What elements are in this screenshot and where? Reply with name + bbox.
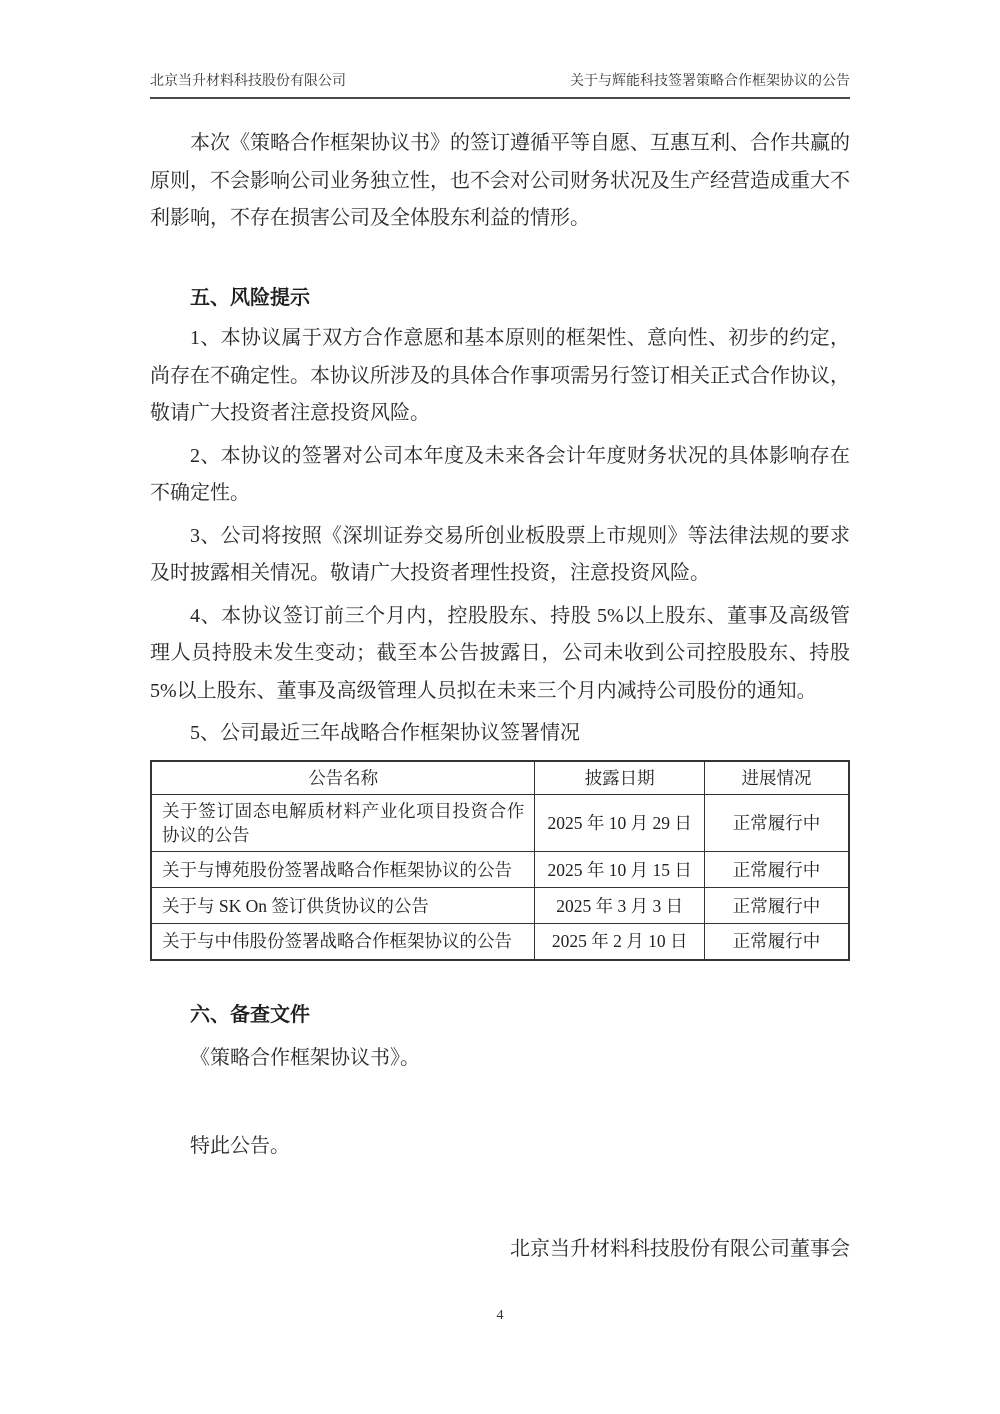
table-row: 关于与 SK On 签订供货协议的公告 2025 年 3 月 3 日 正常履行中 <box>151 888 849 924</box>
document-body: 本次《策略合作框架协议书》的签订遵循平等自愿、互惠互利、合作共赢的原则，不会影响… <box>150 125 850 1269</box>
intro-paragraph: 本次《策略合作框架协议书》的签订遵循平等自愿、互惠互利、合作共赢的原则，不会影响… <box>150 125 850 238</box>
page-footer: 4 <box>0 1308 1000 1324</box>
closing-statement: 特此公告。 <box>150 1128 850 1166</box>
document-page: 北京当升材料科技股份有限公司 关于与辉能科技签署策略合作框架协议的公告 本次《策… <box>0 0 1000 1414</box>
disclosure-date-cell: 2025 年 10 月 15 日 <box>535 852 705 888</box>
progress-status-cell: 正常履行中 <box>705 852 850 888</box>
disclosure-date-cell: 2025 年 2 月 10 日 <box>535 924 705 960</box>
announcement-name-cell: 关于与 SK On 签订供货协议的公告 <box>151 888 535 924</box>
table-header-row: 公告名称 披露日期 进展情况 <box>151 761 849 795</box>
page-number: 4 <box>497 1308 504 1323</box>
table-row: 关于与中伟股份签署战略合作框架协议的公告 2025 年 2 月 10 日 正常履… <box>151 924 849 960</box>
risk-item-3: 3、公司将按照《深圳证券交易所创业板股票上市规则》等法律法规的要求及时披露相关情… <box>150 518 850 593</box>
table-row: 关于与博苑股份签署战略合作框架协议的公告 2025 年 10 月 15 日 正常… <box>151 852 849 888</box>
page-header: 北京当升材料科技股份有限公司 关于与辉能科技签署策略合作框架协议的公告 <box>150 0 850 99</box>
progress-status-cell: 正常履行中 <box>705 795 850 852</box>
risk-item-5: 5、公司最近三年战略合作框架协议签署情况 <box>150 715 850 753</box>
agreements-table: 公告名称 披露日期 进展情况 关于签订固态电解质材料产业化项目投资合作协议的公告… <box>150 760 850 961</box>
risk-item-2: 2、本协议的签署对公司本年度及未来各会计年度财务状况的具体影响存在不确定性。 <box>150 438 850 513</box>
signature-line: 北京当升材料科技股份有限公司董事会 <box>150 1231 850 1269</box>
announcement-name-cell: 关于与中伟股份签署战略合作框架协议的公告 <box>151 924 535 960</box>
progress-status-cell: 正常履行中 <box>705 924 850 960</box>
header-company-name: 北京当升材料科技股份有限公司 <box>150 70 346 90</box>
risk-item-4: 4、本协议签订前三个月内，控股股东、持股 5%以上股东、董事及高级管理人员持股未… <box>150 598 850 711</box>
risk-item-1: 1、本协议属于双方合作意愿和基本原则的框架性、意向性、初步的约定，尚存在不确定性… <box>150 320 850 433</box>
announcement-name-cell: 关于与博苑股份签署战略合作框架协议的公告 <box>151 852 535 888</box>
disclosure-date-cell: 2025 年 3 月 3 日 <box>535 888 705 924</box>
column-header-progress-status: 进展情况 <box>705 761 850 795</box>
header-announcement-title: 关于与辉能科技签署策略合作框架协议的公告 <box>570 70 850 90</box>
disclosure-date-cell: 2025 年 10 月 29 日 <box>535 795 705 852</box>
section-5-heading: 五、风险提示 <box>150 280 850 318</box>
section-6-heading: 六、备查文件 <box>150 997 850 1035</box>
reference-document: 《策略合作框架协议书》。 <box>150 1040 850 1078</box>
column-header-disclosure-date: 披露日期 <box>535 761 705 795</box>
table-row: 关于签订固态电解质材料产业化项目投资合作协议的公告 2025 年 10 月 29… <box>151 795 849 852</box>
announcement-name-cell: 关于签订固态电解质材料产业化项目投资合作协议的公告 <box>151 795 535 852</box>
column-header-announcement-name: 公告名称 <box>151 761 535 795</box>
progress-status-cell: 正常履行中 <box>705 888 850 924</box>
